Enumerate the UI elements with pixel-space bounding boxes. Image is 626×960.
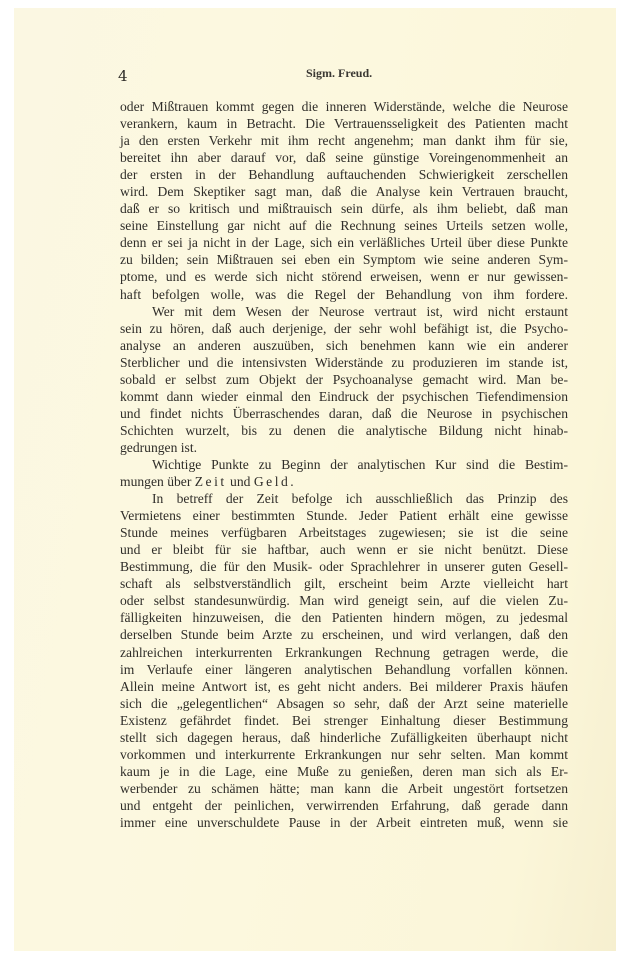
text-line: Vermietens einer bestimmten Stunde. Jede… xyxy=(120,507,568,524)
text-line: stellt sich dagegen heraus, daß hinderli… xyxy=(120,729,568,746)
text-line: sobald er selbst zum Objekt der Psychoan… xyxy=(120,371,568,388)
text-fragment: mungen über xyxy=(120,474,195,489)
text-line: Existenz gefährdet findet. Bei strenger … xyxy=(120,712,568,729)
text-line: denn er sei ja nicht in der Lage, sich e… xyxy=(120,234,568,251)
text-line: und entgeht der peinlichen, verwirrenden… xyxy=(120,797,568,814)
text-line: ja den ersten Verkehr mit ihm recht ange… xyxy=(120,132,568,149)
text-line: wird. Dem Skeptiker sagt man, daß die An… xyxy=(120,183,568,200)
text-line: sich die „gelegentlichen“ Absagen so seh… xyxy=(120,695,568,712)
text-line: oder selbst standesunwürdig. Man wird ge… xyxy=(120,592,568,609)
text-line: Schichten wurzelt, bis zu denen die anal… xyxy=(120,422,568,439)
page-number: 4 xyxy=(118,67,128,85)
text-fragment: . xyxy=(290,474,293,489)
text-line: sein zu hören, daß auch derjenige, der s… xyxy=(120,320,568,337)
running-head-title: Sigm. Freud. xyxy=(306,66,372,81)
paragraph-start-line: Wer mit dem Wesen der Neurose vertraut i… xyxy=(120,303,568,320)
text-line: und findet nichts Überraschendes daran, … xyxy=(120,405,568,422)
text-line: Sterblicher und die intensivsten Widerst… xyxy=(120,354,568,371)
text-line: ptome, und es werde sich nicht störend e… xyxy=(120,268,568,285)
paragraph-end-line: gedrungen ist. xyxy=(120,439,568,456)
body-text: oder Mißtrauen kommt gegen die inneren W… xyxy=(120,98,568,831)
text-line: kommt dann wieder einmal den Eindruck de… xyxy=(120,388,568,405)
text-fragment: und xyxy=(227,474,254,489)
text-line: schaft als selbstverständlich gilt, ersc… xyxy=(120,575,568,592)
text-line: zu bilden; sein Mißtrauen sei eben ein S… xyxy=(120,251,568,268)
text-line: der ersten in der Behandlung auftauchend… xyxy=(120,166,568,183)
text-line: Allein meine Antwort ist, es geht nicht … xyxy=(120,678,568,695)
text-line: vorkommen und interkurrente Erkrankungen… xyxy=(120,746,568,763)
paragraph-end-line-spaced: mungen über Zeit und Geld. xyxy=(120,473,568,490)
book-page: 4 Sigm. Freud. oder Mißtrauen kommt gege… xyxy=(14,8,616,951)
text-line: Stunde meines verfügbaren Arbeitstages z… xyxy=(120,524,568,541)
text-line: seine Einstellung gar nicht auf die Rech… xyxy=(120,217,568,234)
text-line: daß er so kritisch und mißtrauisch sein … xyxy=(120,200,568,217)
text-line: bereitet ihn aber darauf vor, daß seine … xyxy=(120,149,568,166)
text-line: derselben Stunde beim Arzte zu erscheine… xyxy=(120,626,568,643)
text-line: im Verlaufe einer längeren analytischen … xyxy=(120,661,568,678)
text-line: verankern, kaum in Betracht. Die Vertrau… xyxy=(120,115,568,132)
text-line: zahlreichen interkurrenten Erkrankungen … xyxy=(120,644,568,661)
spaced-word-zeit: Zeit xyxy=(195,474,227,489)
paragraph-start-line: Wichtige Punkte zu Beginn der analytisch… xyxy=(120,456,568,473)
text-line: Bestimmung, die für den Musik- oder Spra… xyxy=(120,558,568,575)
paragraph-start-line: In betreff der Zeit befolge ich ausschli… xyxy=(120,490,568,507)
text-line: werbender zu schämen hätte; man kann die… xyxy=(120,780,568,797)
text-line: analyse an anderen auszuüben, sich beneh… xyxy=(120,337,568,354)
spaced-word-geld: Geld xyxy=(254,474,290,489)
text-line: fälligkeiten hinzuweisen, die den Patien… xyxy=(120,609,568,626)
text-line: kaum je in die Lage, eine Muße zu genieß… xyxy=(120,763,568,780)
text-line: haft befolgen wolle, was die Regel der B… xyxy=(120,286,568,303)
text-line: oder Mißtrauen kommt gegen die inneren W… xyxy=(120,98,568,115)
text-line: immer eine unverschuldete Pause in der A… xyxy=(120,814,568,831)
text-line: und er bleibt für sie haftbar, auch wenn… xyxy=(120,541,568,558)
